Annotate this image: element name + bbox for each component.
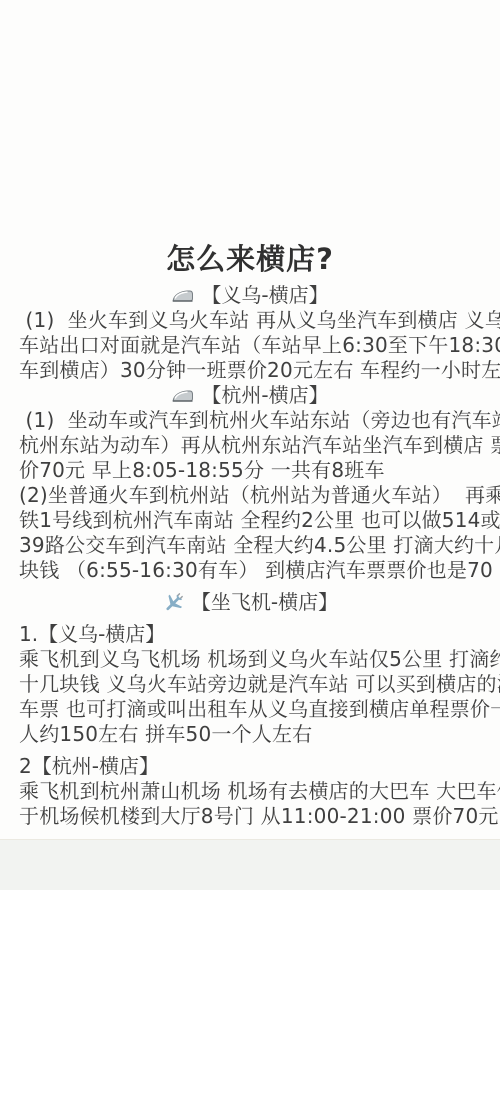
section-header-label: 【义乌-横店】 xyxy=(201,283,328,308)
text-line: 价70元 早上8:05-18:55分 一共有8班车 xyxy=(19,458,481,483)
subsection-title-plane-hangzhou: 2【杭州-横店】 xyxy=(19,754,481,779)
text-line: 车到横店）30分钟一班票价20元左右 车程约一小时左右 xyxy=(19,358,481,383)
text-line: 于机场候机楼到大厅8号门 从11:00-21:00 票价70元 xyxy=(19,804,481,829)
bottom-gray-band xyxy=(0,839,500,890)
page-title: 怎么来横店? xyxy=(19,241,481,278)
section-header-label: 【杭州-横店】 xyxy=(201,383,328,408)
text-line: 块钱 （6:55-16:30有车） 到横店汽车票票价也是70 xyxy=(19,558,481,583)
section-header-plane: 【坐飞机-横店】 xyxy=(19,590,481,615)
text-line: 车票 也可打滴或叫出租车从义乌直接到横店单程票价一 xyxy=(19,697,481,722)
bottom-white-area xyxy=(0,890,500,1097)
high-speed-train-icon xyxy=(171,288,194,304)
high-speed-train-icon xyxy=(171,388,194,404)
airplane-departure-icon xyxy=(162,592,184,614)
text-line: 杭州东站为动车）再从杭州东站汽车站坐汽车到横店 票 xyxy=(19,433,481,458)
section-header-train-hangzhou: 【杭州-横店】 xyxy=(19,383,481,408)
note-text-block: 怎么来横店? 【义乌-横店】 (1) 坐火车到义乌火车站 再从义乌坐汽车到横店 … xyxy=(19,241,481,829)
text-line: 车站出口对面就是汽车站（车站早上6:30至下午18:30有 xyxy=(19,333,481,358)
text-line: (1) 坐动车或汽车到杭州火车站东站（旁边也有汽车站 xyxy=(19,408,481,433)
text-line: 铁1号线到杭州汽车南站 全程约2公里 也可以做514或 xyxy=(19,508,481,533)
subsection-title-plane-yiwu: 1.【义乌-横店】 xyxy=(19,622,481,647)
section-header-label: 【坐飞机-横店】 xyxy=(191,590,338,615)
text-line: 十几块钱 义乌火车站旁边就是汽车站 可以买到横店的汽 xyxy=(19,672,481,697)
text-line: 乘飞机到杭州萧山机场 机场有去横店的大巴车 大巴车位 xyxy=(19,779,481,804)
text-line: 人约150左右 拼车50一个人左右 xyxy=(19,722,481,747)
note-image-canvas: 怎么来横店? 【义乌-横店】 (1) 坐火车到义乌火车站 再从义乌坐汽车到横店 … xyxy=(0,0,500,1097)
section-header-train-yiwu: 【义乌-横店】 xyxy=(19,283,481,308)
text-line: 乘飞机到义乌飞机场 机场到义乌火车站仅5公里 打滴约 xyxy=(19,647,481,672)
text-line: (2)坐普通火车到杭州站（杭州站为普通火车站） 再乘地 xyxy=(19,483,481,508)
text-line: (1) 坐火车到义乌火车站 再从义乌坐汽车到横店 义乌火 xyxy=(19,308,481,333)
text-line: 39路公交车到汽车南站 全程大约4.5公里 打滴大约十几 xyxy=(19,533,481,558)
